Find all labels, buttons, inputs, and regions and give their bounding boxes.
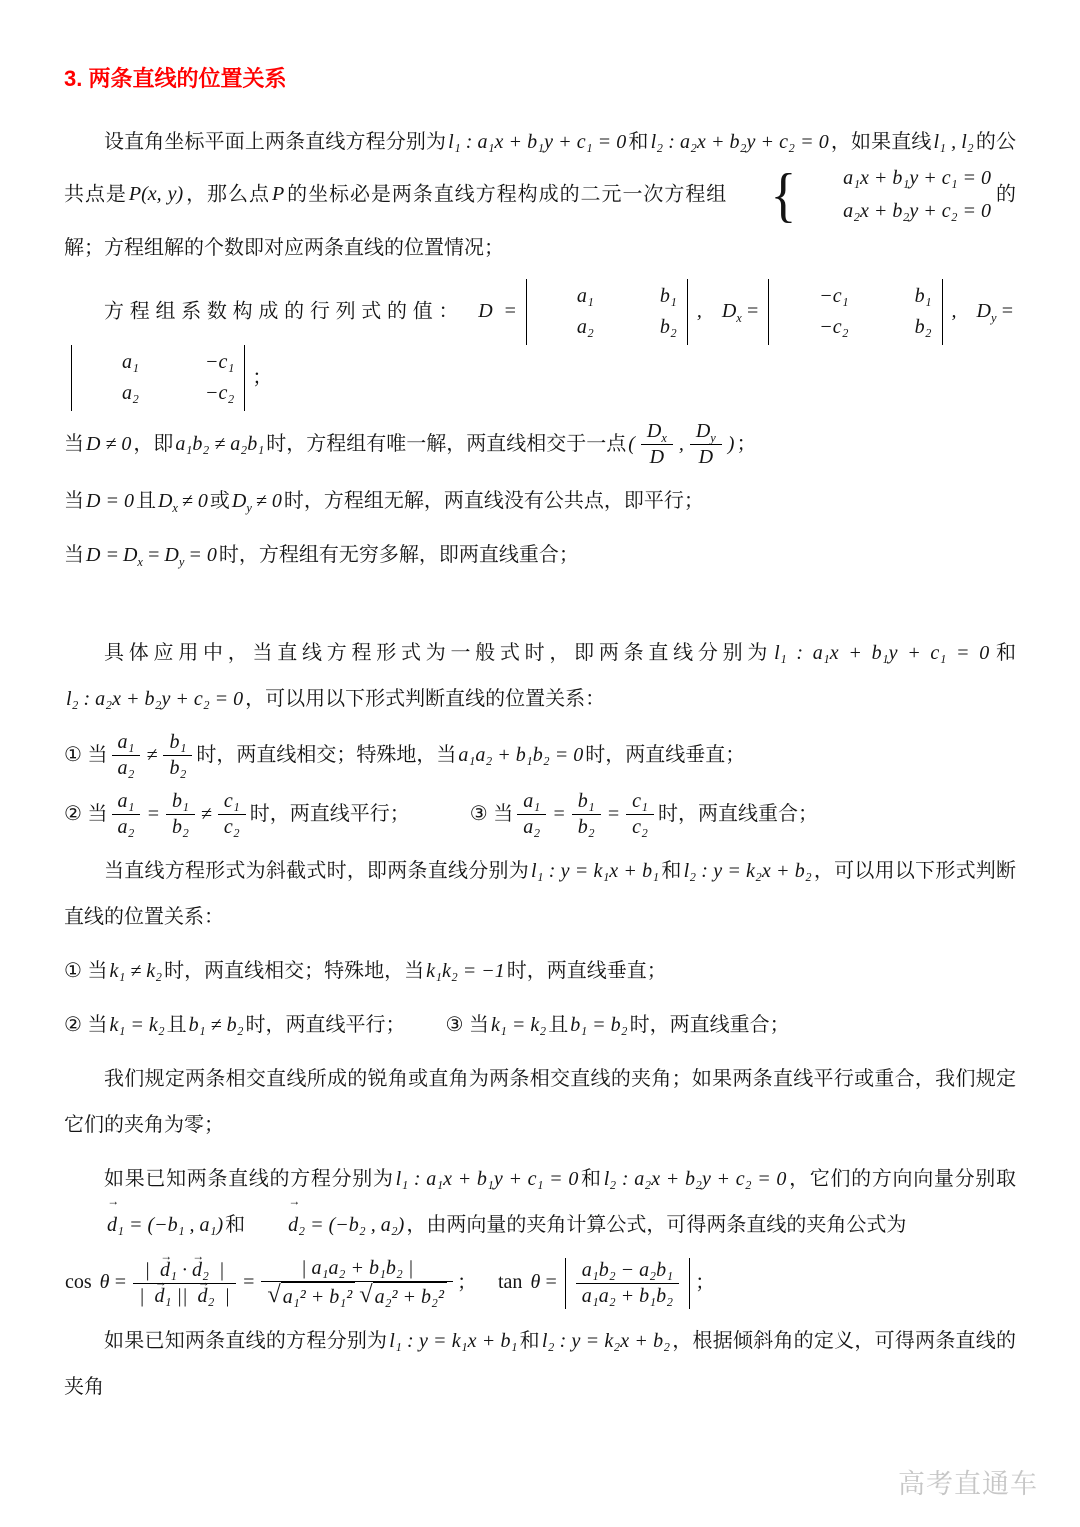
math-run: , xyxy=(677,433,686,455)
fraction-numerator: Dy xyxy=(690,419,722,444)
text-run: ； xyxy=(736,433,756,455)
math-subscripted: Dy xyxy=(694,420,718,442)
vector: →d₁ xyxy=(155,1284,172,1309)
radical-sign: √ xyxy=(267,1282,280,1308)
radical-sign: √ xyxy=(359,1282,372,1308)
vector: →d₂ xyxy=(197,1284,214,1309)
math-run: = xyxy=(112,1271,130,1293)
subscript: y xyxy=(179,555,185,569)
math-run: l₁ : a₁x + b₁y + c₁ = 0 xyxy=(772,642,991,664)
math-run: | xyxy=(217,1285,232,1307)
fraction-denominator: a₂ xyxy=(517,814,546,840)
text-run: 方程组系数构成的行列式的值： xyxy=(104,300,464,322)
fraction-denominator: | →d₁|| →d₂ | xyxy=(133,1283,236,1309)
para-general-setup: 设直角坐标平面上两条直线方程分别为l₁ : a₁x + b₁y + c₁ = 0… xyxy=(64,119,1016,271)
text-run: 如果已知两条直线的方程分别为 xyxy=(104,1168,394,1190)
math-run: a₁ xyxy=(116,731,137,753)
math-run: , xyxy=(950,300,959,322)
para-slope-form-rule23: ② 当k₁ = k₂且b₁ ≠ b₂时，两直线平行；③ 当k₁ = k₂且b₁ … xyxy=(64,1002,1016,1048)
text-run: ③ 当 xyxy=(446,1014,490,1036)
math-run: l₂ : y = k₂x + b₂ xyxy=(540,1330,672,1352)
math-run: k₁k₂ = −1 xyxy=(424,960,507,982)
determinant-entry: −c₁ xyxy=(165,352,234,373)
math-run: = xyxy=(144,803,162,825)
math-run: P xyxy=(270,183,286,205)
math-run: b₁ xyxy=(576,790,597,812)
math-run: = xyxy=(999,300,1017,322)
equation-line: a₂x + b₂y + c₂ = 0 xyxy=(803,199,991,224)
math-run: c₂ xyxy=(630,816,650,838)
fraction-denominator: D xyxy=(690,444,722,470)
math-run: P(x, y) xyxy=(127,183,185,205)
text-run: 设直角坐标平面上两条直线方程分别为 xyxy=(104,131,446,153)
determinant-entry: −c₂ xyxy=(779,317,848,338)
fraction-numerator: b₁ xyxy=(166,789,195,814)
vector: →d₂ xyxy=(248,1202,305,1248)
text-run: ，它们的方向向量分别取 xyxy=(788,1168,1016,1190)
equation-line: a₁x + b₁y + c₁ = 0 xyxy=(803,166,991,191)
math-subscripted: Dx xyxy=(156,490,180,512)
determinant: a₁b₁a₂b₂ xyxy=(526,279,688,345)
subscript: y xyxy=(246,501,252,515)
text-run: 时，两直线相交；特殊地，当 xyxy=(164,960,424,982)
math-run: c₁ xyxy=(630,790,650,812)
math-run: = xyxy=(605,803,623,825)
math-run: = xyxy=(744,300,762,322)
fraction-denominator: √a₁² + b₁²√a₂² + b₂² xyxy=(261,1281,453,1310)
math-run: θ xyxy=(528,1271,542,1293)
math-run: l₁ : a₁x + b₁y + c₁ = 0 xyxy=(394,1168,581,1190)
section-title: 3. 两条直线的位置关系 xyxy=(64,62,1016,93)
determinant-entry: −c₁ xyxy=(779,286,848,307)
fraction: DxD xyxy=(641,419,673,470)
math-run: a₁a₂ + b₁b₂ xyxy=(580,1285,675,1307)
determinant-entry: b₁ xyxy=(620,286,677,307)
math-run: = 0 xyxy=(186,544,219,566)
fraction-denominator: c₂ xyxy=(218,814,246,840)
text-run: ，可以用以下形式判断直线的位置关系： xyxy=(245,688,605,710)
text-run: 或 xyxy=(210,490,230,512)
para-case-parallel: 当D = 0且Dx≠ 0或Dy≠ 0时，方程组无解，两直线没有公共点，即平行； xyxy=(64,478,1016,524)
fraction-denominator: b₂ xyxy=(163,755,192,781)
fraction: | →d₁·→d₂ || →d₁|| →d₂ | xyxy=(133,1258,236,1309)
math-run: l₁ , l₂ xyxy=(931,131,975,153)
fraction-numerator: a₁ xyxy=(112,730,141,755)
equation-system-lines: a₁x + b₁y + c₁ = 0a₂x + b₂y + c₂ = 0 xyxy=(803,166,991,224)
text-run: ① 当 xyxy=(64,960,108,982)
math-subscripted: Dy xyxy=(230,490,254,512)
math-run: = xyxy=(145,544,163,566)
subscript: y xyxy=(710,431,716,445)
para-direction-vectors: 如果已知两条直线的方程分别为l₁ : a₁x + b₁y + c₁ = 0和l₂… xyxy=(64,1156,1016,1248)
text-run: ② 当 xyxy=(64,1014,108,1036)
vector-arrow-icon: → xyxy=(198,1276,210,1288)
fraction: DyD xyxy=(690,419,722,470)
math-run: l₂ : a₂x + b₂y + c₂ = 0 xyxy=(602,1168,789,1190)
text-run: 具体应用中，当直线方程形式为一般式时，即两条直线分别为 xyxy=(104,642,772,664)
vector-arrow-icon: → xyxy=(67,1195,119,1207)
fraction-denominator: b₂ xyxy=(166,814,195,840)
determinant-entry: b₂ xyxy=(620,317,677,338)
math-roman-run: cos xyxy=(64,1271,98,1293)
absolute-value: a₁b₂ − a₂b₁a₁a₂ + b₁b₂ xyxy=(565,1258,690,1309)
text-run: 当 xyxy=(64,544,84,566)
math-subscripted: Dy xyxy=(975,300,999,322)
math-run: b₂ xyxy=(167,757,188,779)
determinant-entry: b₂ xyxy=(875,317,932,338)
subscript: x xyxy=(172,501,178,515)
vector-arrow-icon: → xyxy=(155,1276,167,1288)
math-run: · xyxy=(180,1259,189,1281)
vector-symbol: d₂ xyxy=(288,1214,305,1236)
math-run: l₂ : y = k₂x + b₂ xyxy=(682,860,814,882)
text-run: 和 xyxy=(225,1214,245,1236)
text-run: ，即 xyxy=(133,433,173,455)
text-run: 和 xyxy=(519,1330,539,1352)
determinant-entry: a₂ xyxy=(537,317,594,338)
para-determinants: 方程组系数构成的行列式的值：D =a₁b₁a₂b₂,Dx=−c₁b₁−c₂b₂,… xyxy=(64,279,1016,411)
math-run: ≠ xyxy=(144,744,159,766)
subscript: x xyxy=(736,311,742,325)
math-run: θ xyxy=(98,1271,112,1293)
fraction-denominator: D xyxy=(641,444,673,470)
fraction: b₁b₂ xyxy=(166,789,195,840)
math-run: a₂ xyxy=(116,816,137,838)
text-run: ，那么点 xyxy=(185,183,270,205)
text-run: 且 xyxy=(136,490,156,512)
math-run: k₁ = k₂ xyxy=(489,1014,548,1036)
fraction: a₁a₂ xyxy=(112,789,141,840)
para-slope-form-intro: 当直线方程形式为斜截式时，即两条直线分别为l₁ : y = k₁x + b₁和l… xyxy=(64,848,1016,940)
text-run: ① 当 xyxy=(64,744,108,766)
fraction-numerator: | a₁a₂ + b₁b₂ | xyxy=(261,1256,453,1281)
math-run: , xyxy=(695,300,704,322)
text-run: 且 xyxy=(548,1014,568,1036)
text-run: 当 xyxy=(64,433,84,455)
math-subscripted: Dx xyxy=(121,544,145,566)
math-run: D = xyxy=(476,300,519,322)
text-run: 时，两直线垂直； xyxy=(507,960,667,982)
math-run: = (−b₂ , a₂) xyxy=(308,1214,406,1236)
math-run: c₁ xyxy=(222,790,242,812)
text-run: 时，方程组有唯一解，两直线相交于一点 xyxy=(266,433,626,455)
subscript: y xyxy=(991,311,997,325)
square-root: √a₁² + b₁² xyxy=(267,1282,355,1310)
text-run: 时，两直线重合； xyxy=(658,803,818,825)
fraction-numerator: a₁ xyxy=(112,789,141,814)
subscript: x xyxy=(137,555,143,569)
document-body: 设直角坐标平面上两条直线方程分别为l₁ : a₁x + b₁y + c₁ = 0… xyxy=(64,119,1016,1410)
math-run: b₁ xyxy=(170,790,191,812)
math-run: a₁a₂ + b₁b₂ = 0 xyxy=(456,744,585,766)
text-run: ； xyxy=(457,1271,477,1293)
math-run: D xyxy=(648,446,666,468)
fraction-denominator: a₂ xyxy=(112,814,141,840)
math-roman-run: tan xyxy=(497,1271,528,1293)
math-run: b₂ xyxy=(576,816,597,838)
text-run: 时，两直线重合； xyxy=(630,1014,790,1036)
text-run: 时，两直线相交；特殊地，当 xyxy=(196,744,456,766)
fraction-numerator: b₁ xyxy=(163,730,192,755)
fraction-numerator: c₁ xyxy=(626,789,654,814)
math-run: a₁ xyxy=(116,790,137,812)
text-run: 的坐标必是两条直线方程构成的二元一次方程组 xyxy=(286,183,727,205)
para-general-form-intro: 具体应用中，当直线方程形式为一般式时，即两条直线分别为l₁ : a₁x + b₁… xyxy=(64,630,1016,722)
square-root: √a₂² + b₂² xyxy=(359,1282,447,1310)
determinant-entry: −c₂ xyxy=(165,383,234,404)
math-run: ≠ xyxy=(199,803,214,825)
fraction: | a₁a₂ + b₁b₂ |√a₁² + b₁²√a₂² + b₂² xyxy=(261,1256,453,1310)
text-run: 当 xyxy=(64,490,84,512)
math-run: k₁ = k₂ xyxy=(108,1014,167,1036)
para-case-coincide: 当D =Dx=Dy= 0时，方程组有无穷多解，即两直线重合； xyxy=(64,532,1016,578)
fraction: c₁c₂ xyxy=(218,789,246,840)
text-run: 当直线方程形式为斜截式时，即两条直线分别为 xyxy=(104,860,529,882)
text-run: ② 当 xyxy=(64,803,108,825)
fraction-denominator: a₁a₂ + b₁b₂ xyxy=(576,1283,679,1309)
para-angle-definition: 我们规定两条相交直线所成的锐角或直角为两条相交直线的夹角；如果两条直线平行或重合… xyxy=(64,1056,1016,1148)
radicand: a₁² + b₁² xyxy=(281,1282,355,1310)
para-general-form-rule1: ① 当a₁a₂≠b₁b₂时，两直线相交；特殊地，当a₁a₂ + b₁b₂ = 0… xyxy=(64,730,1016,781)
fraction-numerator: b₁ xyxy=(572,789,601,814)
math-run: l₂ : a₂x + b₂y + c₂ = 0 xyxy=(64,688,245,710)
fraction: a₁a₂ xyxy=(112,730,141,781)
math-run: l₂ : a₂x + b₂y + c₂ = 0 xyxy=(649,131,831,153)
text-run: ，由两向量的夹角计算公式，可得两条直线的夹角公式为 xyxy=(406,1214,906,1236)
math-run: a₁b₂ − a₂b₁ xyxy=(580,1259,675,1281)
text-run: ③ 当 xyxy=(470,803,514,825)
math-run: D = 0 xyxy=(84,490,136,512)
vector-arrow-icon: → xyxy=(192,1250,204,1262)
math-subscripted: Dx xyxy=(645,420,669,442)
para-case-intersect: 当D ≠ 0，即a₁b₂ ≠ a₂b₁时，方程组有唯一解，两直线相交于一点(Dx… xyxy=(64,419,1016,470)
fraction: a₁a₂ xyxy=(517,789,546,840)
math-run: D xyxy=(697,446,715,468)
text-run: ； xyxy=(695,1271,715,1293)
fraction-numerator: c₁ xyxy=(218,789,246,814)
math-run: a₂ xyxy=(521,816,542,838)
fraction-denominator: b₂ xyxy=(572,814,601,840)
math-run: = (−b₁ , a₁) xyxy=(127,1214,225,1236)
text-run: 我们规定两条相交直线所成的锐角或直角为两条相交直线的夹角；如果两条直线平行或重合… xyxy=(64,1068,1016,1136)
fraction-numerator: | →d₁·→d₂ | xyxy=(133,1258,236,1283)
math-run: b₁ ≠ b₂ xyxy=(187,1014,246,1036)
math-run: c₂ xyxy=(222,816,242,838)
math-run: | xyxy=(137,1285,152,1307)
math-run: a₁b₂ ≠ a₂b₁ xyxy=(173,433,266,455)
document-page: 3. 两条直线的位置关系 设直角坐标平面上两条直线方程分别为l₁ : a₁x +… xyxy=(0,0,1080,1527)
text-run: 时，方程组有无穷多解，即两直线重合； xyxy=(219,544,579,566)
math-run: = xyxy=(550,803,568,825)
text-run: 时，方程组无解，两直线没有公共点，即平行； xyxy=(284,490,704,512)
math-run: b₁ = b₂ xyxy=(568,1014,629,1036)
vector-arrow-icon: → xyxy=(248,1195,300,1207)
para-angle-formula: cos θ=| →d₁·→d₂ || →d₁|| →d₂ |=| a₁a₂ + … xyxy=(64,1256,1016,1310)
math-run: b₁ xyxy=(167,731,188,753)
text-run: 和 xyxy=(661,860,681,882)
fraction: b₁b₂ xyxy=(572,789,601,840)
fraction-denominator: c₂ xyxy=(626,814,654,840)
fraction-numerator: a₁ xyxy=(517,789,546,814)
text-run: 且 xyxy=(167,1014,187,1036)
fraction-denominator: a₂ xyxy=(112,755,141,781)
fraction: a₁b₂ − a₂b₁a₁a₂ + b₁b₂ xyxy=(576,1258,679,1309)
math-run: l₁ : y = k₁x + b₁ xyxy=(529,860,661,882)
fraction: c₁c₂ xyxy=(626,789,654,840)
math-run: D ≠ 0 xyxy=(84,433,133,455)
text-run: 和 xyxy=(628,131,648,153)
text-run: 时，两直线平行； xyxy=(250,803,410,825)
para-slope-angle-intro: 如果已知两条直线的方程分别为l₁ : y = k₁x + b₁和l₂ : y =… xyxy=(64,1318,1016,1410)
para-general-form-rule23: ② 当a₁a₂=b₁b₂≠c₁c₂时，两直线平行；③ 当a₁a₂=b₁b₂=c₁… xyxy=(64,789,1016,840)
vector-symbol: d₁ xyxy=(107,1214,124,1236)
text-run: 如果已知两条直线的方程分别为 xyxy=(104,1330,387,1352)
para-slope-form-rule1: ① 当k₁ ≠ k₂时，两直线相交；特殊地，当k₁k₂ = −1时，两直线垂直； xyxy=(64,948,1016,994)
text-run: ，如果直线 xyxy=(831,131,932,153)
determinant: −c₁b₁−c₂b₂ xyxy=(768,279,942,345)
watermark: 高考直通车 xyxy=(898,1462,1038,1501)
math-subscripted: Dy xyxy=(162,544,186,566)
text-run: 和 xyxy=(580,1168,601,1190)
math-subscripted: Dx xyxy=(720,300,744,322)
brace: { xyxy=(735,165,797,225)
math-run: D = xyxy=(84,544,121,566)
math-run: || xyxy=(174,1285,194,1307)
math-run: = xyxy=(240,1271,258,1293)
fraction: b₁b₂ xyxy=(163,730,192,781)
math-run: l₁ : y = k₁x + b₁ xyxy=(387,1330,519,1352)
text-run: 时，两直线垂直； xyxy=(585,744,745,766)
determinant-entry: b₁ xyxy=(875,286,932,307)
math-run: | xyxy=(212,1259,227,1281)
math-run: ( xyxy=(626,433,637,455)
text-run: ； xyxy=(252,366,272,388)
text-run: 时，两直线平行； xyxy=(246,1014,406,1036)
text-run: 和 xyxy=(991,642,1016,664)
vector-arrow-icon: → xyxy=(160,1250,172,1262)
determinant-entry: a₁ xyxy=(82,352,139,373)
math-run: k₁ ≠ k₂ xyxy=(108,960,165,982)
determinant-entry: a₁ xyxy=(537,286,594,307)
equation-system: {a₁x + b₁y + c₁ = 0a₂x + b₂y + c₂ = 0 xyxy=(731,165,991,225)
math-run: l₁ : a₁x + b₁y + c₁ = 0 xyxy=(446,131,628,153)
math-run: ≠ 0 xyxy=(180,490,210,512)
determinant: a₁−c₁a₂−c₂ xyxy=(71,345,245,411)
determinant-entry: a₂ xyxy=(82,383,139,404)
radicand: a₂² + b₂² xyxy=(373,1282,447,1310)
math-run: b₂ xyxy=(170,816,191,838)
fraction-numerator: a₁b₂ − a₂b₁ xyxy=(576,1258,679,1283)
math-run: a₂ xyxy=(116,757,137,779)
math-run: | a₁a₂ + b₁b₂ | xyxy=(299,1257,415,1279)
math-run: ≠ 0 xyxy=(254,490,284,512)
math-run: ) xyxy=(726,433,737,455)
vector: →d₁ xyxy=(67,1202,124,1248)
math-run: a₁ xyxy=(521,790,542,812)
math-run: = xyxy=(542,1271,560,1293)
fraction-numerator: Dx xyxy=(641,419,673,444)
subscript: x xyxy=(661,431,667,445)
